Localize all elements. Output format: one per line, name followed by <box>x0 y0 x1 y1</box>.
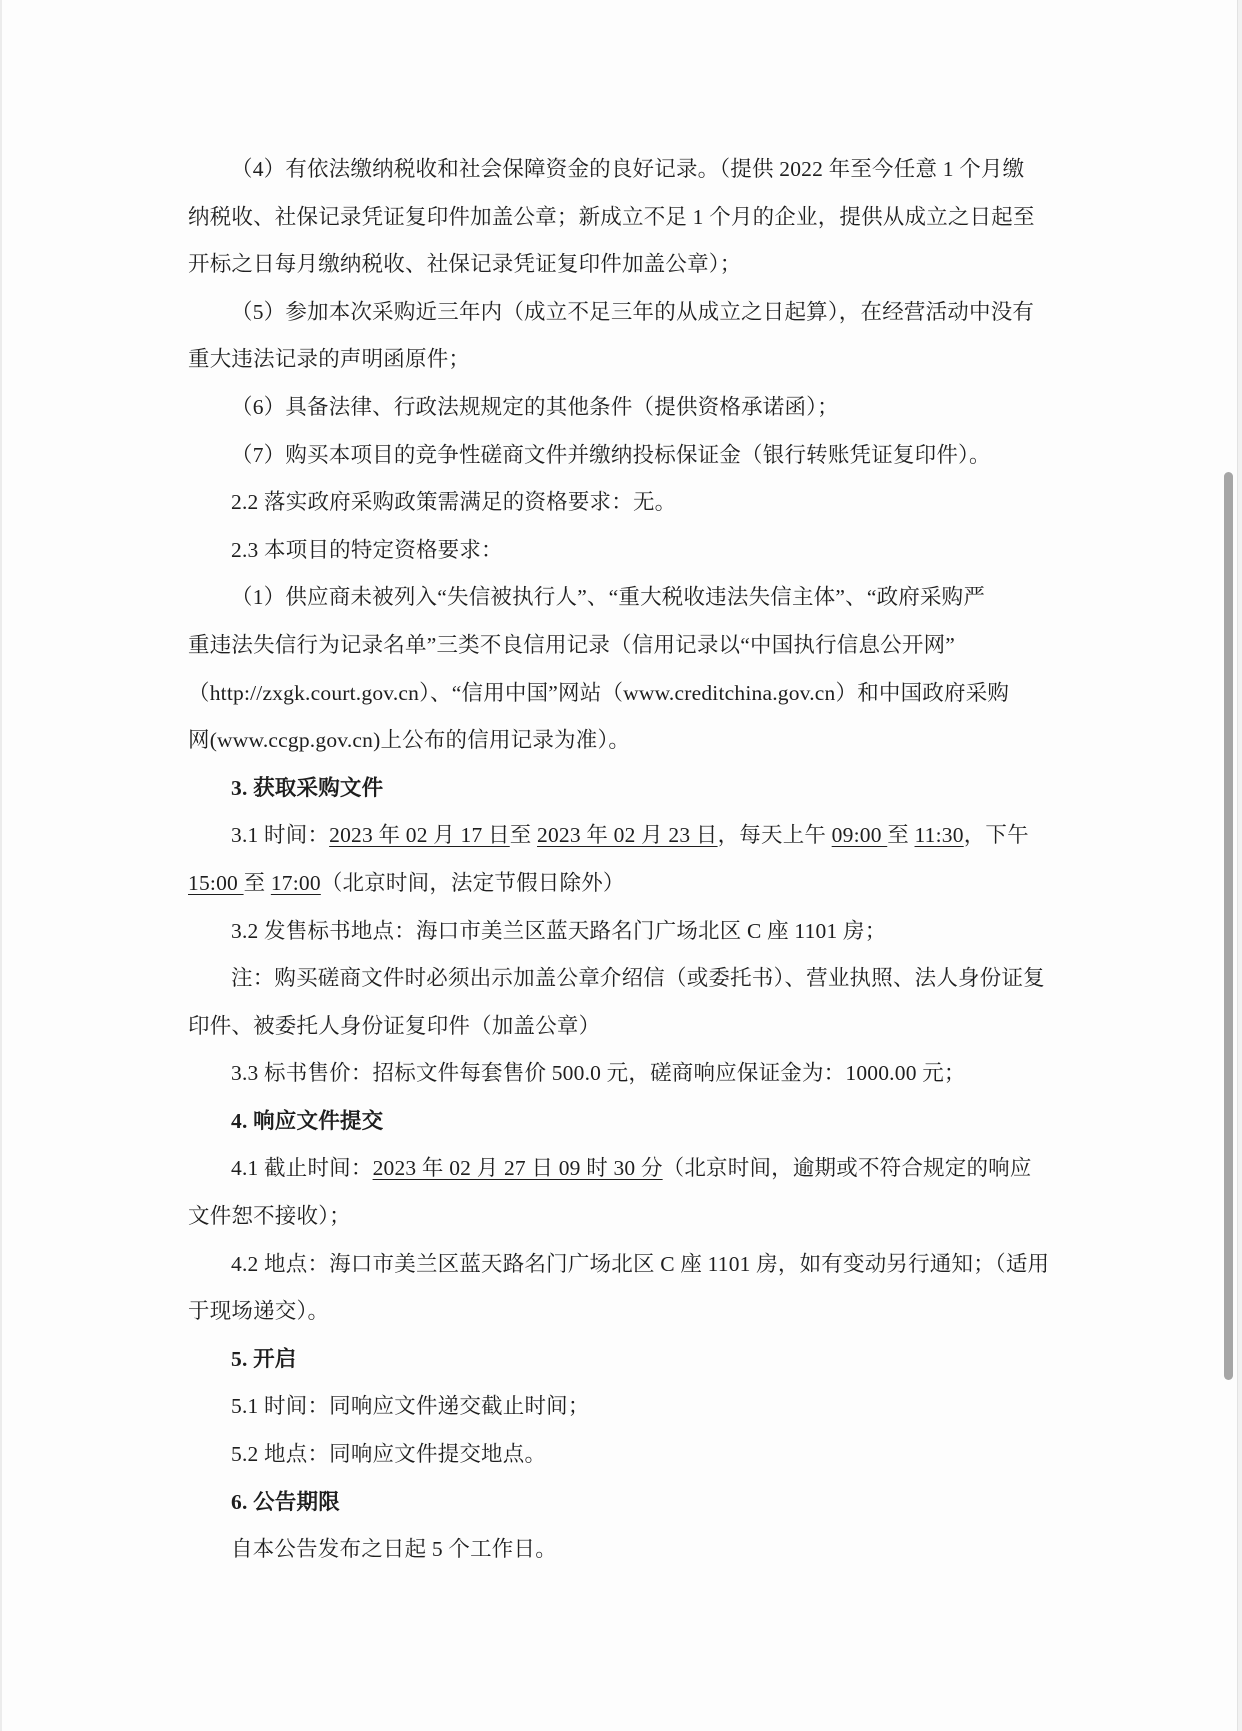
pm-start-time: 15:00 <box>188 871 244 895</box>
paragraph-line: 重大违法记录的声明函原件； <box>188 336 1054 384</box>
am-start-time: 09:00 <box>832 823 888 847</box>
section-2-2: 2.2 落实政府采购政策需满足的资格要求：无。 <box>188 479 1054 527</box>
scrollbar-thumb[interactable] <box>1224 472 1233 1380</box>
document-page: （4）有依法缴纳税收和社会保障资金的良好记录。（提供 2022 年至今任意 1 … <box>0 0 1236 1731</box>
purchase-end-date: 2023 年 02 月 23 日 <box>537 823 718 847</box>
paragraph-line: 重违法失信行为记录名单”三类不良信用记录（信用记录以“中国执行信息公开网” <box>188 622 1054 670</box>
paragraph-line: （7）购买本项目的竞争性磋商文件并缴纳投标保证金（银行转账凭证复印件）。 <box>188 432 1054 480</box>
purchase-start-date: 2023 年 02 月 17 日 <box>329 823 510 847</box>
section-3-1: 3.1 时间：2023 年 02 月 17 日至 2023 年 02 月 23 … <box>188 812 1054 860</box>
document-content: （4）有依法缴纳税收和社会保障资金的良好记录。（提供 2022 年至今任意 1 … <box>188 146 1054 1574</box>
section-6-body: 自本公告发布之日起 5 个工作日。 <box>188 1526 1054 1574</box>
paragraph-line: （5）参加本次采购近三年内（成立不足三年的从成立之日起算），在经营活动中没有 <box>188 289 1054 337</box>
section-3-3: 3.3 标书售价：招标文件每套售价 500.0 元，磋商响应保证金为：1000.… <box>188 1050 1054 1098</box>
submission-deadline: 2023 年 02 月 27 日 09 时 30 分 <box>373 1156 663 1180</box>
purchase-note: 注：购买磋商文件时必须出示加盖公章介绍信（或委托书）、营业执照、法人身份证复 <box>188 955 1054 1003</box>
section-3-2: 3.2 发售标书地点：海口市美兰区蓝天路名门广场北区 C 座 1101 房； <box>188 908 1054 956</box>
section-4-2: 4.2 地点：海口市美兰区蓝天路名门广场北区 C 座 1101 房，如有变动另行… <box>188 1241 1054 1289</box>
section-heading-6: 6. 公告期限 <box>188 1479 1054 1527</box>
section-heading-5: 5. 开启 <box>188 1336 1054 1384</box>
section-heading-3: 3. 获取采购文件 <box>188 765 1054 813</box>
paragraph-line: 开标之日每月缴纳税收、社保记录凭证复印件加盖公章）； <box>188 241 1054 289</box>
paragraph-line: （http://zxgk.court.gov.cn）、“信用中国”网站（www.… <box>188 670 1054 718</box>
am-end-time: 11:30 <box>915 823 964 847</box>
paragraph-line: 纳税收、社保记录凭证复印件加盖公章；新成立不足 1 个月的企业，提供从成立之日起… <box>188 194 1054 242</box>
section-5-1: 5.1 时间：同响应文件递交截止时间； <box>188 1383 1054 1431</box>
paragraph-line: 网(www.ccgp.gov.cn)上公布的信用记录为准）。 <box>188 717 1054 765</box>
purchase-note-cont: 印件、被委托人身份证复印件（加盖公章） <box>188 1003 1054 1051</box>
section-4-2-cont: 于现场递交）。 <box>188 1288 1054 1336</box>
section-heading-4: 4. 响应文件提交 <box>188 1098 1054 1146</box>
paragraph-line: （6）具备法律、行政法规规定的其他条件（提供资格承诺函）； <box>188 384 1054 432</box>
paragraph-line: （4）有依法缴纳税收和社会保障资金的良好记录。（提供 2022 年至今任意 1 … <box>188 146 1054 194</box>
section-4-1-cont: 文件恕不接收）； <box>188 1193 1054 1241</box>
page-right-edge <box>1237 0 1242 1731</box>
pm-end-time: 17:00 <box>271 871 321 895</box>
section-4-1: 4.1 截止时间：2023 年 02 月 27 日 09 时 30 分（北京时间… <box>188 1145 1054 1193</box>
section-5-2: 5.2 地点：同响应文件提交地点。 <box>188 1431 1054 1479</box>
paragraph-line: （1）供应商未被列入“失信被执行人”、“重大税收违法失信主体”、“政府采购严 <box>188 574 1054 622</box>
section-3-1-cont: 15:00 至 17:00（北京时间，法定节假日除外） <box>188 860 1054 908</box>
vertical-scrollbar[interactable] <box>1220 0 1236 1731</box>
section-2-3: 2.3 本项目的特定资格要求： <box>188 527 1054 575</box>
